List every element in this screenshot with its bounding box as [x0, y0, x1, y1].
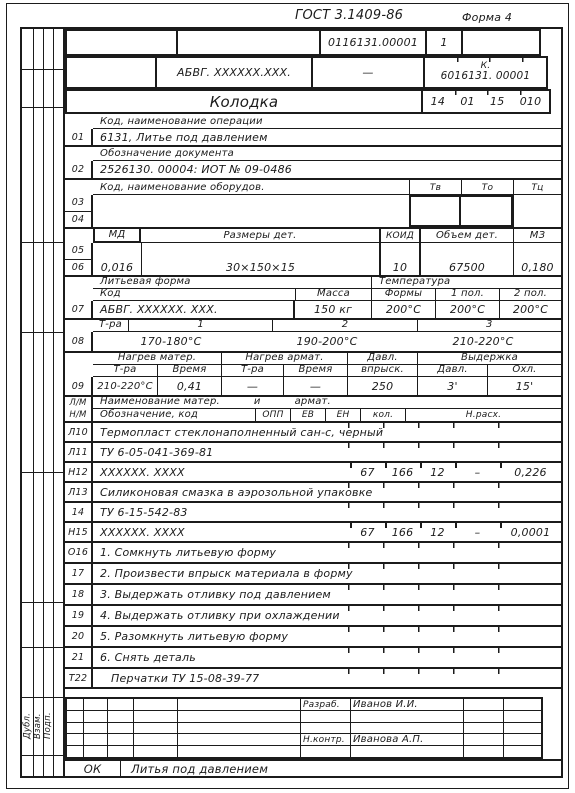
line-num: 17: [65, 564, 93, 583]
blank-cell: [350, 746, 463, 757]
mold-mass-header: Масса: [295, 289, 371, 301]
strip-hline: [22, 602, 63, 603]
line-row-17: 17 2. Произвести впрыск материала в форм…: [65, 564, 561, 585]
strip-vline: [43, 29, 44, 776]
tc-value-box: [513, 195, 561, 227]
date-cell: [503, 711, 541, 722]
heat-c1: 210-220°С: [93, 377, 157, 395]
strip-hline: [22, 107, 63, 108]
blank-cell: [300, 723, 350, 734]
strip-hline: [22, 242, 63, 243]
operation-row: 01 6131, Литье под давлением: [65, 129, 561, 147]
line-num: Т22: [65, 669, 93, 687]
mold-code-value: АБВГ. XXXXXX. XXX.: [93, 301, 295, 318]
ok-label: ОК: [65, 761, 121, 776]
zone-2-value: 190-200°С: [249, 332, 405, 351]
koid-value: 10: [379, 243, 421, 275]
line-en-value: 12: [420, 463, 455, 481]
line-text: Силиконовая смазка в аэрозольной упаковк…: [93, 483, 561, 501]
mold-group-header: Литьевая форма Температура: [65, 277, 561, 289]
line-num: Л10: [65, 423, 93, 441]
line-rash-value: 0,0001: [500, 523, 561, 541]
blank-cell: [133, 734, 177, 745]
line-row-n12: Н12 XXXXXX. XXXX 67 166 12 – 0,226: [65, 463, 561, 483]
sizes-header: Размеры дет.: [141, 229, 379, 243]
en-header: ЕН: [325, 409, 360, 421]
heat-c7: 15': [487, 377, 561, 395]
code-3: 15: [490, 95, 504, 108]
part-name: Колодка: [65, 89, 423, 114]
mold-pol1-header: 1 пол.: [435, 289, 499, 301]
line-kol-value: –: [455, 463, 500, 481]
blank-cell: [67, 723, 83, 734]
heat-c4: —: [283, 377, 347, 395]
line-text: 6. Снять деталь: [93, 648, 561, 667]
heat-s1: Т-ра: [93, 365, 157, 377]
heat-c6: 3': [417, 377, 487, 395]
signature-row: Разраб. Иванов И.И.: [67, 699, 541, 710]
heat-s6: Давл.: [417, 365, 487, 377]
blank-cell: [350, 723, 463, 734]
blank-num: [65, 229, 93, 243]
row-num-04: 04: [65, 211, 91, 228]
operation-label-row: Код, наименование операции: [65, 114, 561, 129]
heat-sub-header: Т-ра Время Т-ра Время впрыск. Давл. Охл.: [65, 365, 561, 377]
row-num-06: 06: [65, 259, 91, 276]
signature-row: [67, 710, 541, 722]
blank-cell: [176, 29, 321, 56]
heat-c2: 0,41: [157, 377, 221, 395]
blank-cell: [300, 746, 350, 757]
blank-cell: [67, 711, 83, 722]
detail-header-row: МД Размеры дет. КОИД Объем дет. МЗ: [65, 229, 561, 243]
document-number: 0116131.00001: [319, 29, 427, 56]
blank-cell: [107, 699, 133, 710]
developer-label: Разраб.: [300, 699, 350, 710]
developer-name: Иванов И.И.: [350, 699, 463, 710]
blank-cell: [107, 746, 133, 757]
line-text: 3. Выдержать отливку под давлением: [93, 585, 561, 604]
blank-num: [65, 320, 93, 332]
blank-cell: [177, 734, 300, 745]
to-header: То: [461, 180, 513, 195]
row-num-03: 03: [65, 195, 91, 211]
designation-dash: —: [311, 56, 425, 89]
blank-cell: [83, 723, 107, 734]
tc-header: Тц: [513, 180, 561, 195]
zone-2-header: 2: [272, 320, 416, 332]
line-row-l11: Л11 ТУ 6-05-041-369-81: [65, 443, 561, 463]
strip-label-podp: Подп.: [43, 697, 53, 755]
signature-cell: [463, 746, 503, 757]
equipment-rows: 03 04: [65, 195, 561, 229]
blank-cell: [107, 734, 133, 745]
line-num: О16: [65, 543, 93, 562]
blank-cell: [83, 711, 107, 722]
sheet-number: 1: [425, 29, 463, 56]
zones-row: 08 170-180°С 190-200°С 210-220°С: [65, 332, 561, 353]
line-text: XXXXXX. XXXX: [93, 463, 350, 481]
heat-s2: Время: [157, 365, 221, 377]
line-num: 20: [65, 627, 93, 646]
blank-cell: [67, 734, 83, 745]
line-row-t22: Т22 Перчатки ТУ 15-08-39-77: [65, 669, 561, 689]
blank-cell: [83, 699, 107, 710]
blank-cell: [67, 699, 83, 710]
spacer-row: [65, 689, 561, 697]
code-2: 01: [460, 95, 474, 108]
strip-hline: [22, 332, 63, 333]
document-label-row: Обозначение документа: [65, 147, 561, 161]
row-num-09: 09: [65, 377, 93, 395]
blank-num: [65, 353, 93, 365]
signature-cell: [463, 734, 503, 745]
blank-cell: [177, 711, 300, 722]
header-row-1: 0116131.00001 1: [65, 29, 541, 56]
line-text: 5. Разомкнуть литьевую форму: [93, 627, 561, 646]
signature-row: Н.контр. Иванова А.П.: [67, 733, 541, 745]
heat-s4: Время: [283, 365, 347, 377]
line-opp-value: 67: [350, 523, 385, 541]
line-ev-value: 166: [385, 463, 420, 481]
zones-header-row: Т-ра 1 2 3: [65, 320, 561, 332]
tv-header: Тв: [409, 180, 461, 195]
top-caption-bar: ГОСТ 3.1409-86 Форма 4: [0, 5, 575, 25]
line-text: Термопласт стеклонаполненный сан-с, черн…: [93, 423, 561, 441]
mold-pol2-value: 200°С: [499, 301, 561, 318]
line-text: 1. Сомкнуть литьевую форму: [93, 543, 561, 562]
signature-row: [67, 745, 541, 757]
zone-3-value: 210-220°С: [405, 332, 561, 351]
line-text: 2. Произвести впрыск материала в форму: [93, 564, 561, 583]
blank-num: [65, 277, 93, 289]
line-opp-value: 67: [350, 463, 385, 481]
row-num-08: 08: [65, 332, 93, 351]
strip-vline: [53, 29, 54, 776]
volume-header: Объем дет.: [421, 229, 513, 243]
num-stack: 05 06: [65, 243, 93, 275]
document-row: 02 2526130. 00004: ИОТ № 09-0486: [65, 161, 561, 180]
code-group-cell: 14 01 15 010: [421, 89, 551, 114]
line-num: Л13: [65, 483, 93, 501]
materials-code-label: Обозначение, код: [93, 409, 255, 421]
line-num: Н12: [65, 463, 93, 481]
blank-cell: [350, 711, 463, 722]
blank-num: [65, 365, 93, 377]
ev-header: ЕВ: [290, 409, 325, 421]
nm-header: Н/М: [65, 409, 93, 421]
strip-label-vzam: Взам.: [33, 697, 43, 755]
materials-conj: и: [254, 397, 261, 408]
line-row-21: 21 6. Снять деталь: [65, 648, 561, 669]
part-designation: АБВГ. XXXXXX.XXX.: [155, 56, 313, 89]
row-num-02: 02: [65, 161, 93, 178]
materials-name-text: Наименование матер.: [100, 397, 220, 408]
header-row-2: АБВГ. XXXXXX.XXX. — К. 6016131. 00001: [65, 56, 548, 89]
blank-cell: [133, 699, 177, 710]
line-num: 19: [65, 606, 93, 625]
line-text: ТУ 6-15-542-83: [93, 503, 561, 521]
blank-num: [65, 180, 93, 195]
materials-columns-header: Н/М Обозначение, код ОПП ЕВ ЕН кол. Н.ра…: [65, 409, 561, 423]
gost-standard: ГОСТ 3.1409-86: [295, 8, 403, 23]
card-number-cell: К. 6016131. 00001: [423, 56, 548, 89]
blank-cell: [65, 56, 157, 89]
heat-s7: Охл.: [487, 365, 561, 377]
blank-cell: [461, 29, 541, 56]
blank-cell: [107, 723, 133, 734]
document-label: Обозначение документа: [93, 147, 561, 161]
to-value-box: [461, 195, 513, 227]
line-row-n15: Н15 XXXXXX. XXXX 67 166 12 – 0,0001: [65, 523, 561, 543]
mold-pol2-header: 2 пол.: [499, 289, 561, 301]
operation-card-page: ГОСТ 3.1409-86 Форма 4 Дубл. Взам. Подп.: [0, 0, 575, 793]
blank-cell: [83, 734, 107, 745]
line-text: Перчатки ТУ 15-08-39-77: [93, 669, 561, 687]
blank-num: [65, 289, 93, 301]
line-num: 14: [65, 503, 93, 521]
line-row-18: 18 3. Выдержать отливку под давлением: [65, 585, 561, 606]
strip-hline: [22, 755, 63, 756]
materials-name-label: Наименование матер. и армат.: [93, 397, 561, 409]
heat-s3: Т-ра: [221, 365, 283, 377]
row-num-05: 05: [65, 243, 91, 259]
strip-label-dubl: Дубл.: [22, 697, 33, 755]
materials-armature-text: армат.: [295, 397, 331, 408]
line-rash-value: 0,226: [500, 463, 561, 481]
zones-tra-header: Т-ра: [93, 320, 129, 332]
k-number: 6016131. 00001: [441, 71, 531, 83]
strip-vline: [33, 29, 34, 776]
code-4: 010: [520, 95, 542, 108]
mold-formy-value: 200°С: [371, 301, 435, 318]
line-row-14: 14 ТУ 6-15-542-83: [65, 503, 561, 523]
volume-value: 67500: [421, 243, 513, 275]
card-content: 0116131.00001 1 АБВГ. XXXXXX.XXX. — К. 6…: [65, 29, 561, 776]
mz-header: МЗ: [513, 229, 561, 243]
line-row-o16: О16 1. Сомкнуть литьевую форму: [65, 543, 561, 564]
date-cell: [503, 746, 541, 757]
footer-row: ОК Литья под давлением: [65, 759, 561, 776]
norm-control-label: Н.контр.: [300, 734, 350, 745]
line-ev-value: 166: [385, 523, 420, 541]
equipment-label-row: Код, наименование оборудов. Тв То Тц: [65, 180, 561, 195]
norm-control-name: Иванова А.П.: [350, 734, 463, 745]
line-num: Н15: [65, 523, 93, 541]
line-kol-value: –: [455, 523, 500, 541]
num-stack: 03 04: [65, 195, 93, 227]
line-row-l13: Л13 Силиконовая смазка в аэрозольной упа…: [65, 483, 561, 503]
koid-header: КОИД: [379, 229, 421, 243]
mz-value: 0,180: [513, 243, 561, 275]
materials-name-header: Л/М Наименование матер. и армат.: [65, 397, 561, 409]
line-row-20: 20 5. Разомкнуть литьевую форму: [65, 627, 561, 648]
blank-num: [65, 114, 93, 129]
footer-title: Литья под давлением: [121, 761, 561, 776]
date-cell: [503, 723, 541, 734]
form-number: Форма 4: [462, 11, 512, 24]
line-row-19: 19 4. Выдержать отливку при охлаждении: [65, 606, 561, 627]
document-value: 2526130. 00004: ИОТ № 09-0486: [93, 161, 561, 178]
blank-num: [65, 147, 93, 161]
signature-cell: [463, 699, 503, 710]
strip-hline: [22, 69, 63, 70]
line-text: ТУ 6-05-041-369-81: [93, 443, 561, 461]
md-value: 0,016: [93, 243, 141, 275]
blank-cell: [177, 699, 300, 710]
heat-s5: впрыск.: [347, 365, 417, 377]
blank-cell: [133, 746, 177, 757]
heat-c5: 250: [347, 377, 417, 395]
line-num: Л11: [65, 443, 93, 461]
blank-cell: [133, 723, 177, 734]
line-text: XXXXXX. XXXX: [93, 523, 350, 541]
zone-1-header: 1: [129, 320, 272, 332]
detail-rows: 05 06 0,016 30×150×15 10 67500 0,180: [65, 243, 561, 277]
sizes-value: 30×150×15: [141, 243, 379, 275]
lm-header: Л/М: [65, 397, 93, 409]
mold-mass-value: 150 кг: [295, 301, 371, 318]
row-num-01: 01: [65, 129, 93, 145]
code-1: 14: [431, 95, 445, 108]
line-en-value: 12: [420, 523, 455, 541]
blank-cell: [65, 29, 178, 56]
operation-value: 6131, Литье под давлением: [93, 129, 561, 145]
line-num: 21: [65, 648, 93, 667]
operation-label: Код, наименование операции: [93, 114, 561, 129]
mold-code-header: Код: [93, 289, 295, 301]
signature-row: [67, 722, 541, 734]
zone-1-value: 170-180°С: [93, 332, 249, 351]
tv-value-box: [409, 195, 461, 227]
blank-cell: [83, 746, 107, 757]
mold-row: 07 АБВГ. XXXXXX. XXX. 150 кг 200°С 200°С…: [65, 301, 561, 320]
blank-cell: [107, 711, 133, 722]
blank-cell: [300, 711, 350, 722]
strip-hline: [22, 647, 63, 648]
row-num-07: 07: [65, 301, 93, 318]
signature-cell: [463, 711, 503, 722]
blank-cell: [133, 711, 177, 722]
rash-header: Н.расх.: [405, 409, 561, 421]
md-header: МД: [93, 229, 141, 243]
heat-row: 09 210-220°С 0,41 — — 250 3' 15': [65, 377, 561, 397]
blank-cell: [177, 723, 300, 734]
date-cell: [503, 699, 541, 710]
mold-columns-header: Код Масса Формы 1 пол. 2 пол.: [65, 289, 561, 301]
main-frame: Дубл. Взам. Подп. 0116131.00001 1 АБВГ. …: [20, 27, 563, 778]
date-cell: [503, 734, 541, 745]
mold-formy-header: Формы: [371, 289, 435, 301]
line-num: 18: [65, 585, 93, 604]
opp-header: ОПП: [255, 409, 290, 421]
header-row-3: Колодка 14 01 15 010: [65, 89, 551, 114]
line-text: 4. Выдержать отливку при охлаждении: [93, 606, 561, 625]
equipment-label: Код, наименование оборудов.: [93, 180, 409, 195]
kol-header: кол.: [360, 409, 405, 421]
left-filing-strip: Дубл. Взам. Подп.: [22, 29, 65, 776]
signature-cell: [463, 723, 503, 734]
mold-pol1-value: 200°С: [435, 301, 499, 318]
equipment-value-area: [93, 195, 409, 227]
signature-block: Разраб. Иванов И.И.: [65, 697, 543, 759]
line-row-l10: Л10 Термопласт стеклонаполненный сан-с, …: [65, 423, 561, 443]
zone-3-header: 3: [417, 320, 561, 332]
strip-hline: [22, 472, 63, 473]
blank-cell: [177, 746, 300, 757]
blank-cell: [67, 746, 83, 757]
heat-c3: —: [221, 377, 283, 395]
